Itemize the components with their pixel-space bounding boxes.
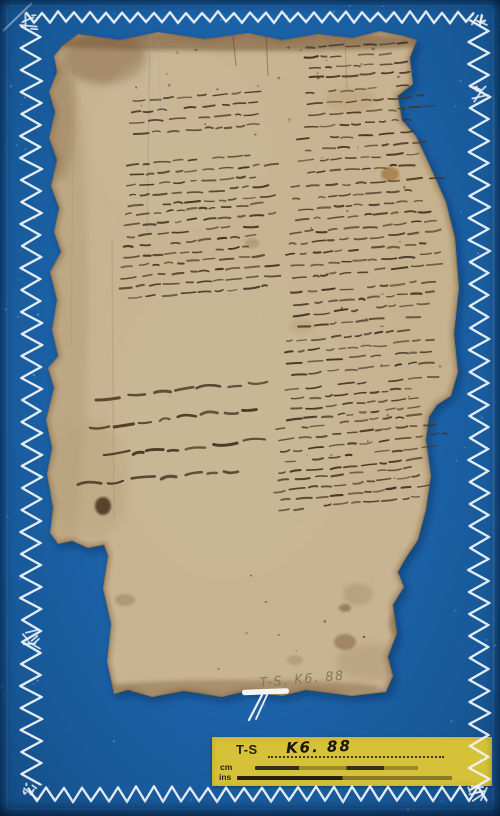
inscription-line bbox=[96, 379, 268, 401]
photographed-manuscript-scene: T-S K6. 88 cm ins T-S. K6. 88 bbox=[0, 0, 500, 816]
encapsulation-corner-edge bbox=[3, 3, 32, 31]
label-series-prefix: T-S bbox=[236, 742, 258, 757]
handwriting-block bbox=[120, 201, 278, 259]
handwriting-block bbox=[304, 41, 410, 79]
photo-overlay: T-S. K6. 88 bbox=[0, 0, 500, 816]
inscription-line bbox=[78, 466, 238, 488]
arrow-leg bbox=[256, 695, 267, 719]
stitching-frame bbox=[20, 11, 491, 803]
handwriting-block bbox=[284, 327, 436, 376]
label-classmark-handwritten: K6. 88 bbox=[286, 737, 352, 757]
manuscript-fragment bbox=[30, 31, 470, 701]
cm-scale-bar bbox=[255, 766, 418, 770]
ins-scale-caption: ins bbox=[219, 772, 231, 782]
handwriting-block bbox=[302, 83, 436, 128]
arrow-leg bbox=[249, 695, 262, 720]
handwriting-block bbox=[128, 91, 263, 135]
handwriting-block bbox=[273, 464, 431, 513]
encapsulation-edge bbox=[7, 6, 493, 809]
handwriting-block bbox=[284, 375, 441, 421]
ins-scale-bar bbox=[237, 776, 452, 780]
inscription-line bbox=[90, 407, 257, 430]
cm-scale-caption: cm bbox=[220, 762, 232, 772]
dust-speckles bbox=[1, 5, 500, 811]
handwriting-layer bbox=[78, 41, 451, 513]
handwriting-block bbox=[284, 219, 444, 279]
classmark-label: T-S K6. 88 cm ins bbox=[212, 737, 492, 786]
handwriting-block bbox=[274, 411, 450, 475]
handwriting-block bbox=[125, 153, 280, 208]
inscription-line bbox=[104, 436, 265, 458]
arrow-bar bbox=[242, 688, 289, 695]
handwriting-block bbox=[297, 130, 428, 175]
handwriting-block bbox=[118, 252, 282, 300]
pointer-arrow-marker bbox=[242, 688, 289, 720]
handwriting-block bbox=[291, 175, 447, 221]
pencil-classmark: T-S. K6. 88 bbox=[259, 669, 345, 691]
handwriting-block bbox=[291, 279, 438, 328]
